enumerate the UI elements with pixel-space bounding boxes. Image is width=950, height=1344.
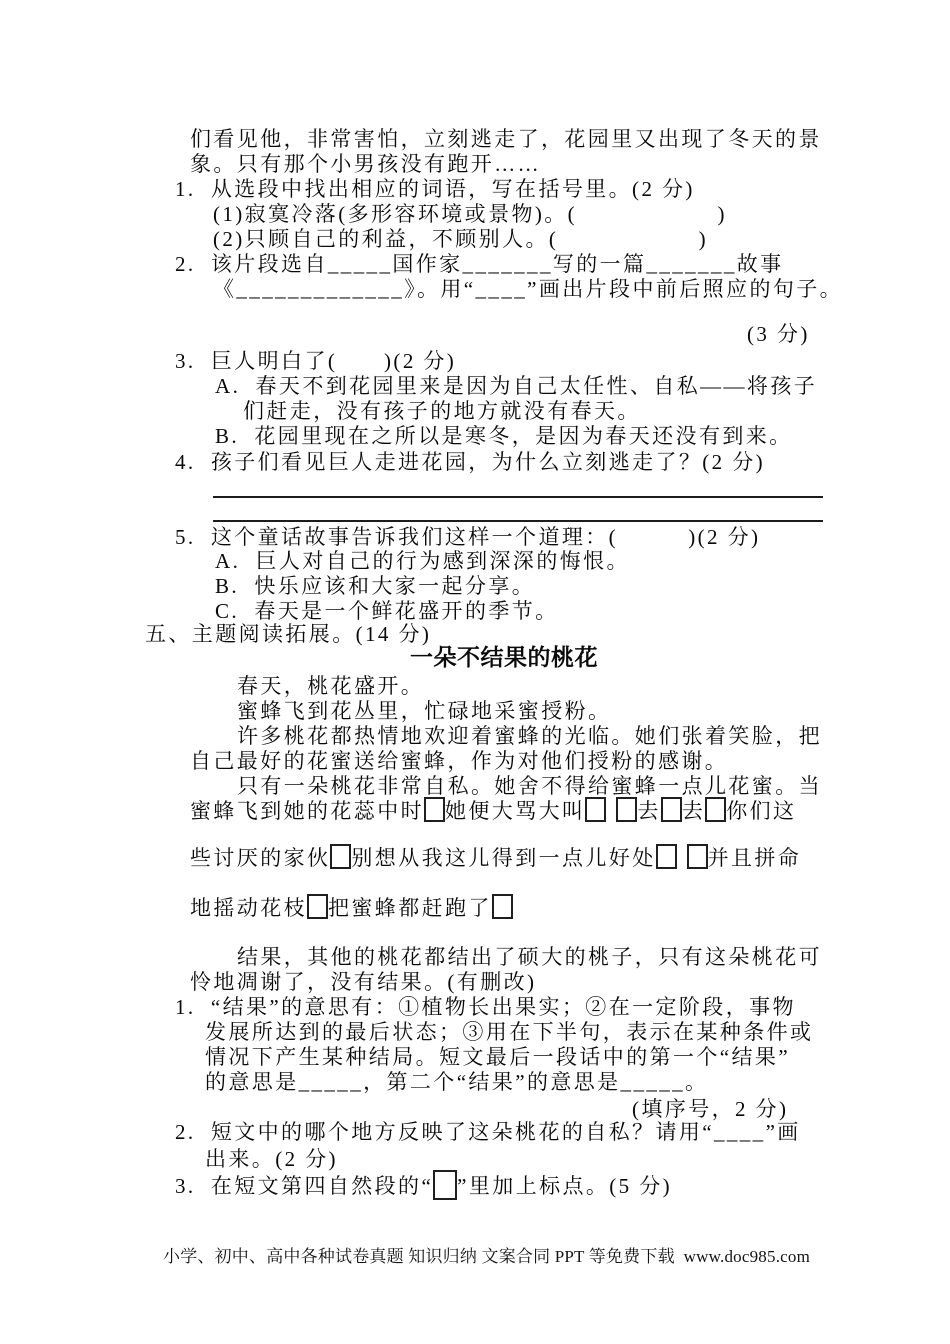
option-a: A. 春天不到花园里来是因为自己太任性、自私——将孩子 <box>215 373 817 399</box>
punctuation-box <box>433 1170 457 1200</box>
passage-paragraph-2: 蜜蜂飞到花丛里，忙碌地采蜜授粉。 <box>237 698 611 724</box>
punctuation-box <box>705 797 726 822</box>
punctuation-box <box>656 844 677 869</box>
question-5-3-stem: 3. 在短文第四自然段的“”里加上标点。(5 分) <box>175 1170 672 1200</box>
punctuation-box <box>492 894 513 919</box>
passage-paragraph-5-line-2: 怜地凋谢了，没有结果。(有删改) <box>190 969 536 995</box>
passage-title: 一朵不结果的桃花 <box>410 645 598 671</box>
passage-line: 们看见他，非常害怕，立刻逃走了，花园里又出现了冬天的景 <box>190 126 822 152</box>
exam-page: { "page": {"bg": "#ffffff", "ink": "#0a0… <box>0 0 950 1344</box>
question-4-1-item-2: (2)只顾自己的利益，不顾别人。( ) <box>213 226 708 252</box>
passage-paragraph-1: 春天，桃花盛开。 <box>237 673 424 699</box>
passage-text: 去 <box>637 799 660 823</box>
answer-line <box>213 496 823 498</box>
option-b: B. 快乐应该和大家一起分享。 <box>215 573 535 599</box>
score-label: (3 分) <box>747 321 810 347</box>
passage-paragraph-3-line-2: 自己最好的花蜜送给蜜蜂，作为对他们授粉的感谢。 <box>190 748 728 774</box>
option-b: B. 花园里现在之所以是寒冬，是因为春天还没有到来。 <box>215 423 793 449</box>
passage-paragraph-4-line-4: 地摇动花枝把蜜蜂都赶跑了 <box>190 894 513 921</box>
passage-text: 去 <box>682 799 705 823</box>
punctuation-box <box>330 844 351 869</box>
passage-text: 蜜蜂飞到她的花蕊中时 <box>190 799 424 823</box>
passage-text: 你们这 <box>726 799 796 823</box>
passage-paragraph-4-line-2: 蜜蜂飞到她的花蕊中时她便大骂大叫去去你们这 <box>190 797 796 824</box>
punctuation-box <box>687 844 708 869</box>
option-a: A. 巨人对自己的行为感到深深的悔恨。 <box>215 548 630 574</box>
passage-text: 并且拼命 <box>708 846 802 870</box>
passage-text: 把蜜蜂都赶跑了 <box>328 896 492 920</box>
punctuation-box <box>585 797 606 822</box>
passage-line: 象。只有那个小男孩没有跑开…… <box>190 151 541 177</box>
question-4-2-line-1: 2. 该片段选自_____国作家_______写的一篇_______故事 <box>175 251 784 277</box>
question-4-5-stem: 5. 这个童话故事告诉我们这样一个道理：( )(2 分) <box>175 524 760 550</box>
passage-paragraph-5-line-1: 结果，其他的桃花都结出了硕大的桃子，只有这朵桃花可 <box>237 944 822 970</box>
question-5-2-line-2: 出来。(2 分) <box>205 1146 338 1172</box>
punctuation-box <box>424 797 445 822</box>
question-5-1-line-1: 1. “结果”的意思有：①植物长出果实；②在一定阶段，事物 <box>175 994 796 1020</box>
question-text: 3. 在短文第四自然段的“ <box>175 1174 433 1198</box>
passage-text: 别想从我这儿得到一点儿好处 <box>351 846 655 870</box>
question-4-2-line-2: 《_____________》。用“____”画出片段中前后照应的句子。 <box>213 276 843 302</box>
question-4-1-stem: 1. 从选段中找出相应的词语，写在括号里。(2 分) <box>175 176 695 202</box>
question-5-2-line-1: 2. 短文中的哪个地方反映了这朵桃花的自私？请用“____”画 <box>175 1119 801 1145</box>
section-5-header: 五、主题阅读拓展。(14 分) <box>145 621 431 647</box>
passage-text: 些讨厌的家伙 <box>190 846 330 870</box>
punctuation-box <box>307 894 328 919</box>
question-5-1-line-4: 的意思是_____，第二个“结果”的意思是_____。 <box>205 1069 708 1095</box>
passage-paragraph-4-line-1: 只有一朵桃花非常自私。她舍不得给蜜蜂一点儿花蜜。当 <box>237 773 822 799</box>
punctuation-box <box>661 797 682 822</box>
question-5-1-line-2: 发展所达到的最后状态；③用在下半句，表示在某种条件或 <box>205 1019 813 1045</box>
answer-line <box>213 520 823 522</box>
option-a-continued: 们赶走，没有孩子的地方就没有春天。 <box>243 398 641 424</box>
punctuation-box <box>616 797 637 822</box>
passage-paragraph-4-line-3: 些讨厌的家伙别想从我这儿得到一点儿好处并且拼命 <box>190 844 801 871</box>
passage-text: 地摇动花枝 <box>190 896 307 920</box>
question-5-1-line-3: 情况下产生某种结局。短文最后一段话中的第一个“结果” <box>205 1044 790 1070</box>
passage-text: 她便大骂大叫 <box>445 799 585 823</box>
question-4-3-stem: 3. 巨人明白了( )(2 分) <box>175 348 456 374</box>
question-text: ”里加上标点。(5 分) <box>457 1174 672 1198</box>
question-4-4-stem: 4. 孩子们看见巨人走进花园，为什么立刻逃走了？(2 分) <box>175 449 765 475</box>
passage-paragraph-3-line-1: 许多桃花都热情地欢迎着蜜蜂的光临。她们张着笑脸，把 <box>237 723 822 749</box>
footer-download-note: 小学、初中、高中各种试卷真题 知识归纳 文案合同 PPT 等免费下载 www.d… <box>163 1244 810 1270</box>
question-4-1-item-1: (1)寂寞冷落(多形容环境或景物)。( ) <box>213 201 727 227</box>
